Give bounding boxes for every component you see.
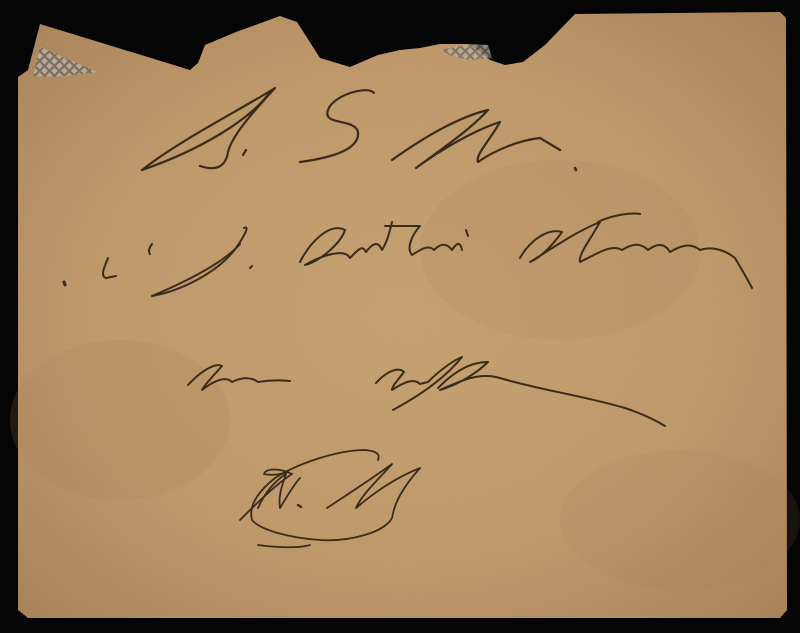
envelope-body — [10, 12, 800, 618]
envelope-photo — [0, 0, 800, 633]
